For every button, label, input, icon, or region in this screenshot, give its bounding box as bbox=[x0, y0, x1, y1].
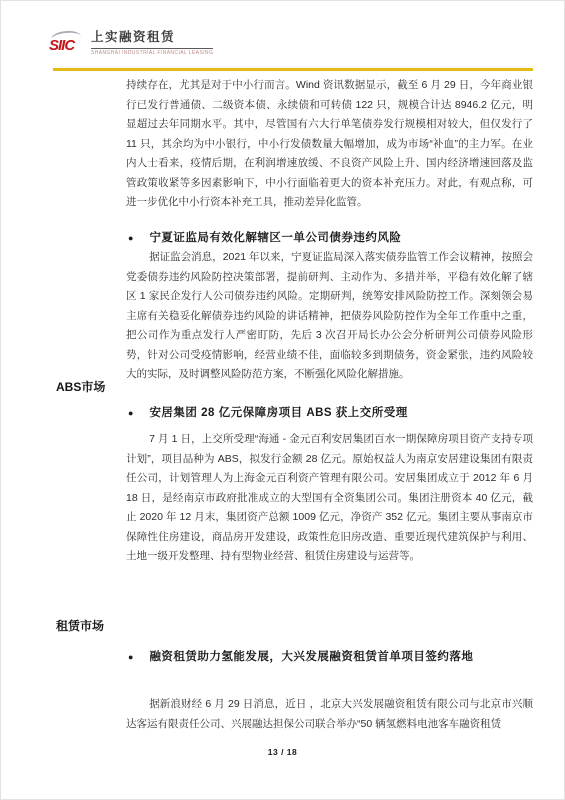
news-paragraph-ningxia: 据证监会消息，2021 年以来，宁夏证监局深入落实债券监管工作会议精神，按照会党… bbox=[126, 248, 533, 386]
logo-text: 上实融资租赁 SHANGHAI INDUSTRIAL FINANCIAL LEA… bbox=[91, 27, 213, 56]
header-divider bbox=[53, 68, 533, 71]
company-name: 上实融资租赁 bbox=[91, 27, 213, 49]
page-number: 13 / 18 bbox=[1, 747, 564, 757]
document-header: SIIC 上实融资租赁 SHANGHAI INDUSTRIAL FINANCIA… bbox=[49, 27, 213, 65]
company-name-english: SHANGHAI INDUSTRIAL FINANCIAL LEASING bbox=[91, 50, 213, 56]
news-heading-text: 安居集团 28 亿元保障房项目 ABS 获上交所受理 bbox=[149, 400, 533, 426]
news-paragraph-anju: 7 月 1 日，上交所受理“海通 - 金元百利安居集团百水一期保障房项目资产支持… bbox=[126, 430, 533, 590]
bullet-icon: ● bbox=[128, 400, 133, 426]
intro-paragraph: 持续存在，尤其是对于中小行而言。Wind 资讯数据显示，截至 6 月 29 日，… bbox=[126, 76, 533, 216]
section-label-leasing-market: 租赁市场 bbox=[56, 616, 104, 636]
company-logo: SIIC 上实融资租赁 SHANGHAI INDUSTRIAL FINANCIA… bbox=[49, 27, 213, 56]
siic-logo-icon: SIIC bbox=[49, 30, 85, 56]
section-label-abs-market: ABS市场 bbox=[56, 377, 105, 397]
news-paragraph-daxing: 据新浪财经 6 月 29 日消息，近日 ，北京大兴发展融资租赁有限公司与北京市兴… bbox=[126, 695, 533, 737]
bullet-icon: ● bbox=[128, 641, 133, 674]
news-heading-anju: ● 安居集团 28 亿元保障房项目 ABS 获上交所受理 bbox=[126, 400, 533, 426]
document-page: SIIC 上实融资租赁 SHANGHAI INDUSTRIAL FINANCIA… bbox=[0, 0, 565, 800]
news-heading-text: 融资租赁助力氢能发展，大兴发展融资租赁首单项目签约落地 bbox=[149, 641, 533, 674]
logo-acronym: SIIC bbox=[49, 37, 74, 54]
